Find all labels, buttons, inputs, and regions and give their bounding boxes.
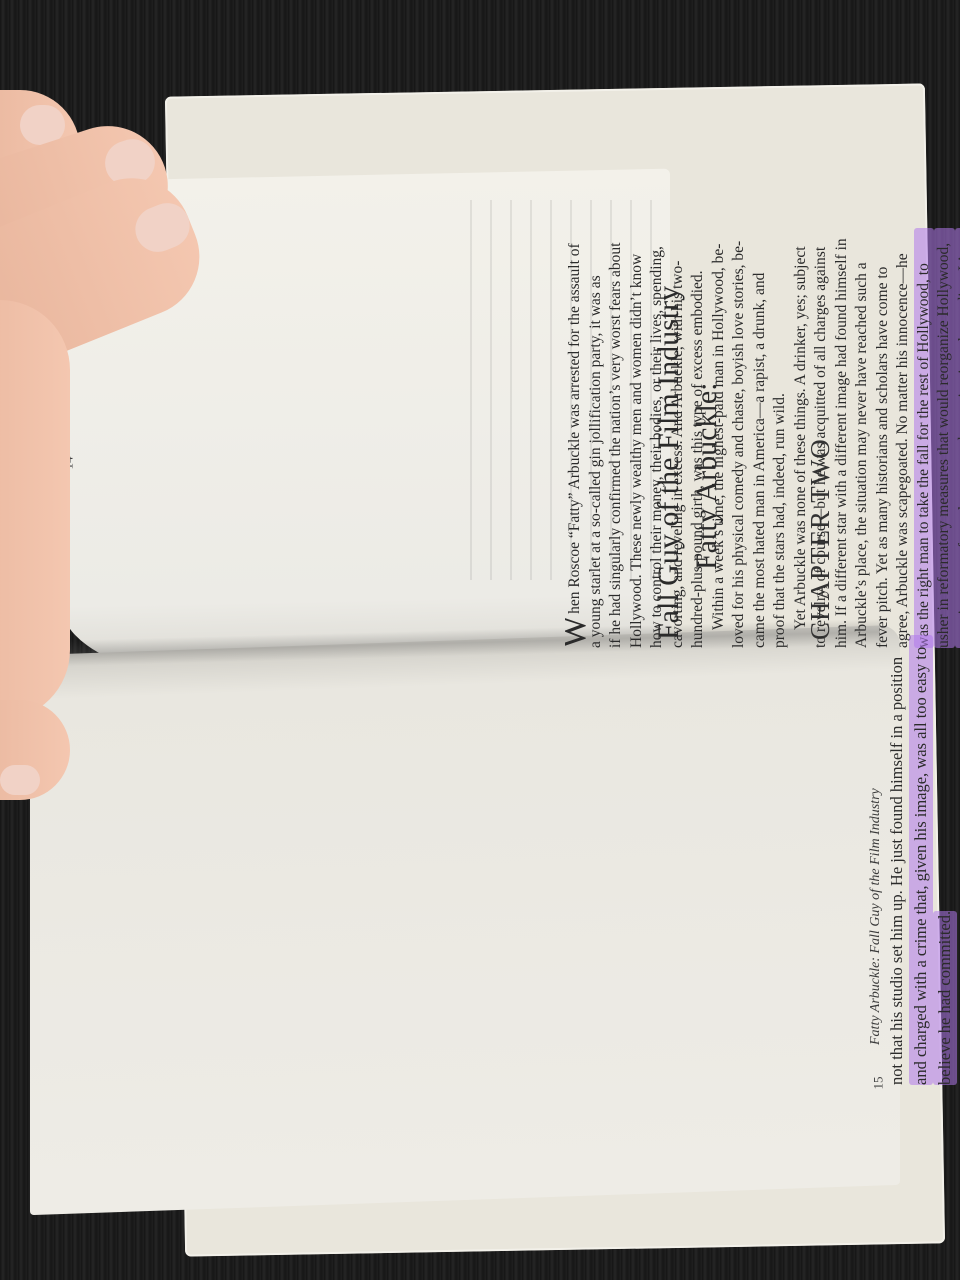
text-line-highlighted: usher in reformatory measures that would… [934, 228, 955, 648]
text-line: cavorting, and reveling in excess. And A… [668, 228, 689, 648]
text-line: Hollywood. These newly wealthy men and w… [627, 228, 648, 648]
palm [0, 300, 70, 720]
text-line: hundred-plus-pound girth, was this type … [688, 228, 709, 648]
right-page-body: not that his studio set him up. He just … [885, 635, 960, 1085]
running-head: Fatty Arbuckle: Fall Guy of the Film Ind… [868, 788, 884, 1045]
text-line-highlighted: wresting power from the stars and restor… [955, 228, 960, 648]
text-line-highlighted: agree, Arbuckle was scapegoated. No matt… [893, 228, 914, 648]
right-page [30, 625, 900, 1215]
text-line: came the most hated man in America—a rap… [750, 228, 771, 648]
text-line: Arbuckle’s place, the situation may neve… [852, 228, 873, 648]
thumbnail [0, 765, 40, 795]
text-line-highlighted: was the right man to take the fall for t… [914, 228, 935, 648]
text-line: a young starlet at a so-called gin jolli… [586, 228, 607, 648]
text-line: fever pitch. Yet as many historians and … [873, 228, 894, 648]
text-line: proof that the stars had, indeed, run wi… [770, 228, 791, 648]
text-line: When Roscoe “Fatty” Arbuckle was arreste… [565, 228, 586, 648]
text-line: Yet Arbuckle was none of these things. A… [791, 228, 812, 648]
text-line-highlighted: and charged with a crime that, given his… [909, 635, 933, 1085]
text-line: Within a week’s time, the highest-paid m… [709, 228, 730, 648]
text-line: if he had singularly confirmed the natio… [606, 228, 627, 648]
text-line: not that his studio set him up. He just … [885, 635, 909, 1085]
left-page-body: When Roscoe “Fatty” Arbuckle was arreste… [565, 228, 960, 648]
text-line-highlighted: believe he had committed. [933, 911, 957, 1085]
drop-cap: W [565, 616, 585, 648]
text-line: loved for his physical comedy and chaste… [729, 228, 750, 648]
text-line: how to control their money, their bodies… [647, 228, 668, 648]
text-line: him. If a different star with a differen… [832, 228, 853, 648]
text-line: to revelry, of course—but he was acquitt… [811, 228, 832, 648]
